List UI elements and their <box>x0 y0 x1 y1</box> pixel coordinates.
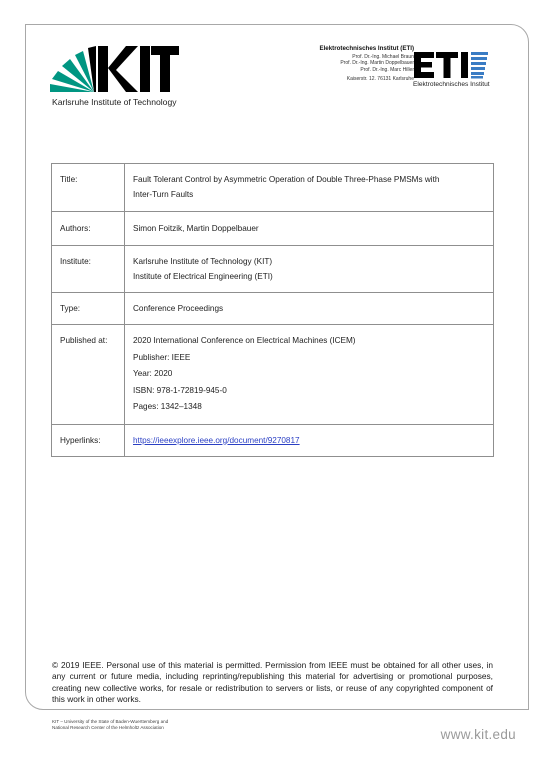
row-value-hyperlinks: https://ieeexplore.ieee.org/document/927… <box>125 424 494 456</box>
title-line: Fault Tolerant Control by Asymmetric Ope… <box>133 172 485 187</box>
published-line: 2020 International Conference on Electri… <box>133 333 485 350</box>
kit-fan-icon <box>50 46 180 96</box>
published-line: Pages: 1342–1348 <box>133 399 485 416</box>
eti-info: Elektrotechnisches Institut (ETI) Prof. … <box>319 46 414 82</box>
row-label: Institute: <box>52 246 125 293</box>
row-value-type: Conference Proceedings <box>125 293 494 325</box>
table-row-authors: Authors: Simon Foitzik, Martin Doppelbau… <box>52 212 494 246</box>
published-line: Publisher: IEEE <box>133 350 485 367</box>
row-label: Published at: <box>52 325 125 425</box>
row-value-published: 2020 International Conference on Electri… <box>125 325 494 425</box>
row-label: Title: <box>52 164 125 212</box>
table-row-institute: Institute: Karlsruhe Institute of Techno… <box>52 246 494 293</box>
eti-professor: Prof. Dr.-Ing. Marc Hiller <box>319 67 414 74</box>
eti-institute-name: Elektrotechnisches Institut (ETI) <box>319 46 414 52</box>
institute-line: Institute of Electrical Engineering (ETI… <box>133 269 485 284</box>
kit-subtitle: Karlsruhe Institute of Technology <box>52 97 177 107</box>
row-label: Authors: <box>52 212 125 246</box>
table-row-published: Published at: 2020 International Confere… <box>52 325 494 425</box>
footer-affiliation: KIT – University of the State of Baden-W… <box>52 719 168 731</box>
type-line: Conference Proceedings <box>133 301 485 316</box>
eti-logo-caption: Elektrotechnisches Institut <box>413 81 490 88</box>
footer-line: National Research Center of the Helmholt… <box>52 725 168 731</box>
metadata-table: Title: Fault Tolerant Control by Asymmet… <box>51 163 494 457</box>
published-line: ISBN: 978-1-72819-945-0 <box>133 383 485 400</box>
ieee-xplore-link[interactable]: https://ieeexplore.ieee.org/document/927… <box>133 436 300 445</box>
institute-line: Karlsruhe Institute of Technology (KIT) <box>133 254 485 269</box>
title-line: Inter-Turn Faults <box>133 187 485 202</box>
authors-line: Simon Foitzik, Martin Doppelbauer <box>133 221 485 236</box>
footer-url[interactable]: www.kit.edu <box>441 727 516 742</box>
row-value-institute: Karlsruhe Institute of Technology (KIT) … <box>125 246 494 293</box>
row-value-title: Fault Tolerant Control by Asymmetric Ope… <box>125 164 494 212</box>
eti-logo-icon <box>414 50 494 80</box>
table-row-title: Title: Fault Tolerant Control by Asymmet… <box>52 164 494 212</box>
published-line: Year: 2020 <box>133 366 485 383</box>
row-label: Hyperlinks: <box>52 424 125 456</box>
table-row-hyperlinks: Hyperlinks: https://ieeexplore.ieee.org/… <box>52 424 494 456</box>
copyright-notice: © 2019 IEEE. Personal use of this materi… <box>52 660 493 706</box>
eti-address: Kaiserstr. 12. 76131 Karlsruhe <box>319 77 414 82</box>
row-label: Type: <box>52 293 125 325</box>
row-value-authors: Simon Foitzik, Martin Doppelbauer <box>125 212 494 246</box>
table-row-type: Type: Conference Proceedings <box>52 293 494 325</box>
